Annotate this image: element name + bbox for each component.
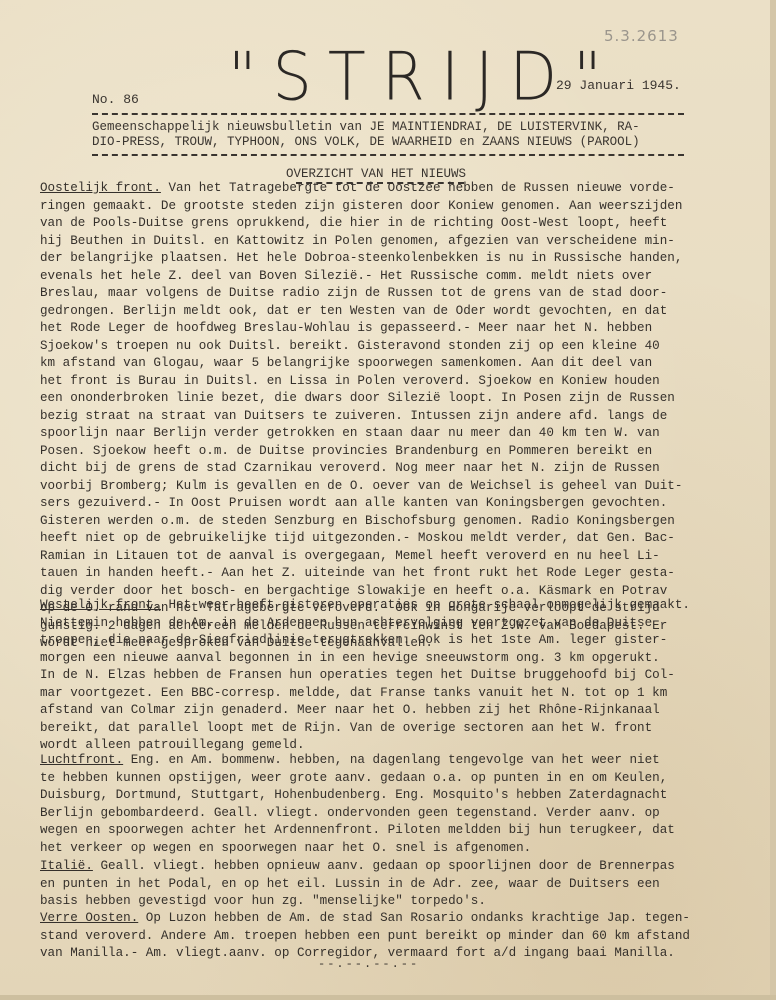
text-line: Luchtfront. Eng. en Am. bommenw. hebben,… [40, 752, 675, 770]
text-line: spoorlijn naar Berlijn verder getrokken … [40, 425, 682, 443]
subtitle-line: DIO-PRESS, TROUW, TYPHOON, ONS VOLK, DE … [92, 135, 640, 150]
text-line: Posen. Sjoekow heeft o.m. de Duitse prov… [40, 443, 682, 461]
divider [92, 113, 684, 115]
line-text: Breslau, maar volgens de Duitse radio zi… [40, 286, 667, 300]
line-text: hij Beuthen in Duitsl. en Kattowitz in P… [40, 234, 675, 248]
paragraph-italy: Italië. Geall. vliegt. hebben opnieuw aa… [40, 858, 675, 911]
line-text: Sjoekow's troepen nu ook Duitsl. bereikt… [40, 339, 660, 353]
text-line: dicht bij de grens de stad Czarnikau ver… [40, 460, 682, 478]
line-text: Van het Tatragebergte tot de Oostzee heb… [161, 181, 675, 195]
text-line: Breslau, maar volgens de Duitse radio zi… [40, 285, 682, 303]
text-line: sers gezuiverd.- In Oost Pruisen wordt a… [40, 495, 682, 513]
line-text: afstand van Colmar zijn genaderd. Meer n… [40, 703, 660, 717]
text-line: het verkeer op wegen en spoorwegen naar … [40, 840, 675, 858]
text-line: bereikt, dat parallel loopt met de Rijn.… [40, 720, 690, 738]
line-text: en punten in het Podal, en op het eil. L… [40, 877, 660, 891]
line-text: Ramian in Litauen tot de aanval is overg… [40, 549, 660, 563]
line-text: het front is Burau in Duitsl. en Lissa i… [40, 374, 660, 388]
paragraph-far-east: Verre Oosten. Op Luzon hebben de Am. de … [40, 910, 690, 963]
text-line: Ramian in Litauen tot de aanval is overg… [40, 548, 682, 566]
line-text: In de N. Elzas hebben de Fransen hun ope… [40, 668, 675, 682]
text-line: morgen een nieuwe aanval begonnen in in … [40, 650, 690, 668]
line-text: bezig straat na straat van Duitsers te z… [40, 409, 667, 423]
line-text: het Rode Leger de hoofdweg Breslau-Wohla… [40, 321, 652, 335]
line-text: bereikt, dat parallel loopt met de Rijn.… [40, 721, 652, 735]
text-line: het front is Burau in Duitsl. en Lissa i… [40, 373, 682, 391]
line-text: evenals het hele Z. deel van Boven Silez… [40, 269, 652, 283]
line-text: tauen in handen heeft.- Aan het Z. uitei… [40, 566, 675, 580]
paragraph-eastern-front: Oostelijk front. Van het Tatragebergte t… [40, 180, 682, 653]
text-line: heeft niet op de gebruikelijke tijd uitg… [40, 530, 682, 548]
line-text: Berlijn gebombardeerd. Geall. vliegt. on… [40, 806, 660, 820]
paragraph-western-front: Westelijk front. Het weer heeft gisteren… [40, 597, 690, 755]
text-line: en punten in het Podal, en op het eil. L… [40, 876, 675, 894]
text-line: Verre Oosten. Op Luzon hebben de Am. de … [40, 910, 690, 928]
text-line: hij Beuthen in Duitsl. en Kattowitz in P… [40, 233, 682, 251]
text-line: bezig straat na straat van Duitsers te z… [40, 408, 682, 426]
line-text: wegen en spoorwegen achter het Ardennenf… [40, 823, 675, 837]
text-line: Berlijn gebombardeerd. Geall. vliegt. on… [40, 805, 675, 823]
line-text: spoorlijn naar Berlijn verder getrokken … [40, 426, 660, 440]
text-line: afstand van Colmar zijn genaderd. Meer n… [40, 702, 690, 720]
text-line: Westelijk front. Het weer heeft gisteren… [40, 597, 690, 615]
text-line: tauen in handen heeft.- Aan het Z. uitei… [40, 565, 682, 583]
paragraph-label: Italië. [40, 859, 93, 873]
issue-number: No. 86 [92, 92, 139, 107]
masthead-title: "STRIJD" [228, 37, 618, 116]
line-text: gedrongen. Berlijn meldt ook, dat er ten… [40, 304, 667, 318]
line-text: een ononderbroken linie bezet, die dwars… [40, 391, 675, 405]
text-line: der belangrijke plaatsen. Het hele Dobro… [40, 250, 682, 268]
text-line: basis hebben gevestigd voor hun zg. "men… [40, 893, 675, 911]
line-text: km afstand van Glogau, waar 5 belangrijk… [40, 356, 652, 370]
text-line: km afstand van Glogau, waar 5 belangrijk… [40, 355, 682, 373]
text-line: Oostelijk front. Van het Tatragebergte t… [40, 180, 682, 198]
paragraph-label: Verre Oosten. [40, 911, 138, 925]
line-text: voorbij Bromberg; Kulm is gevallen en de… [40, 479, 682, 493]
text-line: troepen, die naar de Siegfriedlinie teru… [40, 632, 690, 650]
page-edge [0, 995, 776, 1000]
line-text: het verkeer op wegen en spoorwegen naar … [40, 841, 531, 855]
paragraph-label: Oostelijk front. [40, 181, 161, 195]
line-text: troepen, die naar de Siegfriedlinie teru… [40, 633, 667, 647]
paragraph-label: Luchtfront. [40, 753, 123, 767]
line-text: sers gezuiverd.- In Oost Pruisen wordt a… [40, 496, 667, 510]
text-line: mar voortgezet. Een BBC-corresp. meldde,… [40, 685, 690, 703]
line-text: te hebben kunnen opstijgen, weer grote a… [40, 771, 667, 785]
text-line: voorbij Bromberg; Kulm is gevallen en de… [40, 478, 682, 496]
text-line: evenals het hele Z. deel van Boven Silez… [40, 268, 682, 286]
line-text: morgen een nieuwe aanval begonnen in in … [40, 651, 660, 665]
line-text: Op Luzon hebben de Am. de stad San Rosar… [138, 911, 690, 925]
line-text: Geall. vliegt. hebben opnieuw aanv. geda… [93, 859, 675, 873]
line-text: wordt alleen patrouillegang gemeld. [40, 738, 305, 752]
line-text: Duisburg, Dortmund, Stuttgart, Hohenbude… [40, 788, 667, 802]
text-line: wegen en spoorwegen achter het Ardennenf… [40, 822, 675, 840]
line-text: Niettemin hebben de Am. in de Ardennen h… [40, 616, 652, 630]
page-edge [770, 0, 776, 1000]
text-line: van de Pools-Duitse grens oprukkend, die… [40, 215, 682, 233]
divider [92, 154, 684, 156]
text-line: het Rode Leger de hoofdweg Breslau-Wohla… [40, 320, 682, 338]
paragraph-air-front: Luchtfront. Eng. en Am. bommenw. hebben,… [40, 752, 675, 857]
line-text: der belangrijke plaatsen. Het hele Dobro… [40, 251, 682, 265]
paragraph-label: Westelijk front. [40, 598, 161, 612]
line-text: heeft niet op de gebruikelijke tijd uitg… [40, 531, 675, 545]
line-text: mar voortgezet. Een BBC-corresp. meldde,… [40, 686, 667, 700]
closing-mark: --.--.--.-- [318, 957, 419, 971]
text-line: Gisteren werden o.m. de steden Senzburg … [40, 513, 682, 531]
text-line: ringen gemaakt. De grootste steden zijn … [40, 198, 682, 216]
text-line: Italië. Geall. vliegt. hebben opnieuw aa… [40, 858, 675, 876]
line-text: basis hebben gevestigd voor hun zg. "men… [40, 894, 486, 908]
text-line: Sjoekow's troepen nu ook Duitsl. bereikt… [40, 338, 682, 356]
text-line: Duisburg, Dortmund, Stuttgart, Hohenbude… [40, 787, 675, 805]
line-text: Het weer heeft gisteren operaties op gro… [161, 598, 690, 612]
issue-date: 29 Januari 1945. [556, 78, 681, 93]
line-text: dicht bij de grens de stad Czarnikau ver… [40, 461, 660, 475]
text-line: gedrongen. Berlijn meldt ook, dat er ten… [40, 303, 682, 321]
text-line: stand veroverd. Andere Am. troepen hebbe… [40, 928, 690, 946]
subtitle: Gemeenschappelijk nieuwsbulletin van JE … [92, 120, 640, 150]
text-line: Niettemin hebben de Am. in de Ardennen h… [40, 615, 690, 633]
line-text: Gisteren werden o.m. de steden Senzburg … [40, 514, 675, 528]
section-heading: OVERZICHT VAN HET NIEUWS [286, 167, 466, 181]
text-line: In de N. Elzas hebben de Fransen hun ope… [40, 667, 690, 685]
subtitle-line: Gemeenschappelijk nieuwsbulletin van JE … [92, 120, 640, 135]
line-text: van de Pools-Duitse grens oprukkend, die… [40, 216, 667, 230]
line-text: stand veroverd. Andere Am. troepen hebbe… [40, 929, 690, 943]
line-text: Posen. Sjoekow heeft o.m. de Duitse prov… [40, 444, 652, 458]
line-text: dig verder door het bosch- en bergachtig… [40, 584, 667, 598]
text-line: een ononderbroken linie bezet, die dwars… [40, 390, 682, 408]
line-text: ringen gemaakt. De grootste steden zijn … [40, 199, 682, 213]
line-text: Eng. en Am. bommenw. hebben, na dagenlan… [123, 753, 660, 767]
text-line: te hebben kunnen opstijgen, weer grote a… [40, 770, 675, 788]
